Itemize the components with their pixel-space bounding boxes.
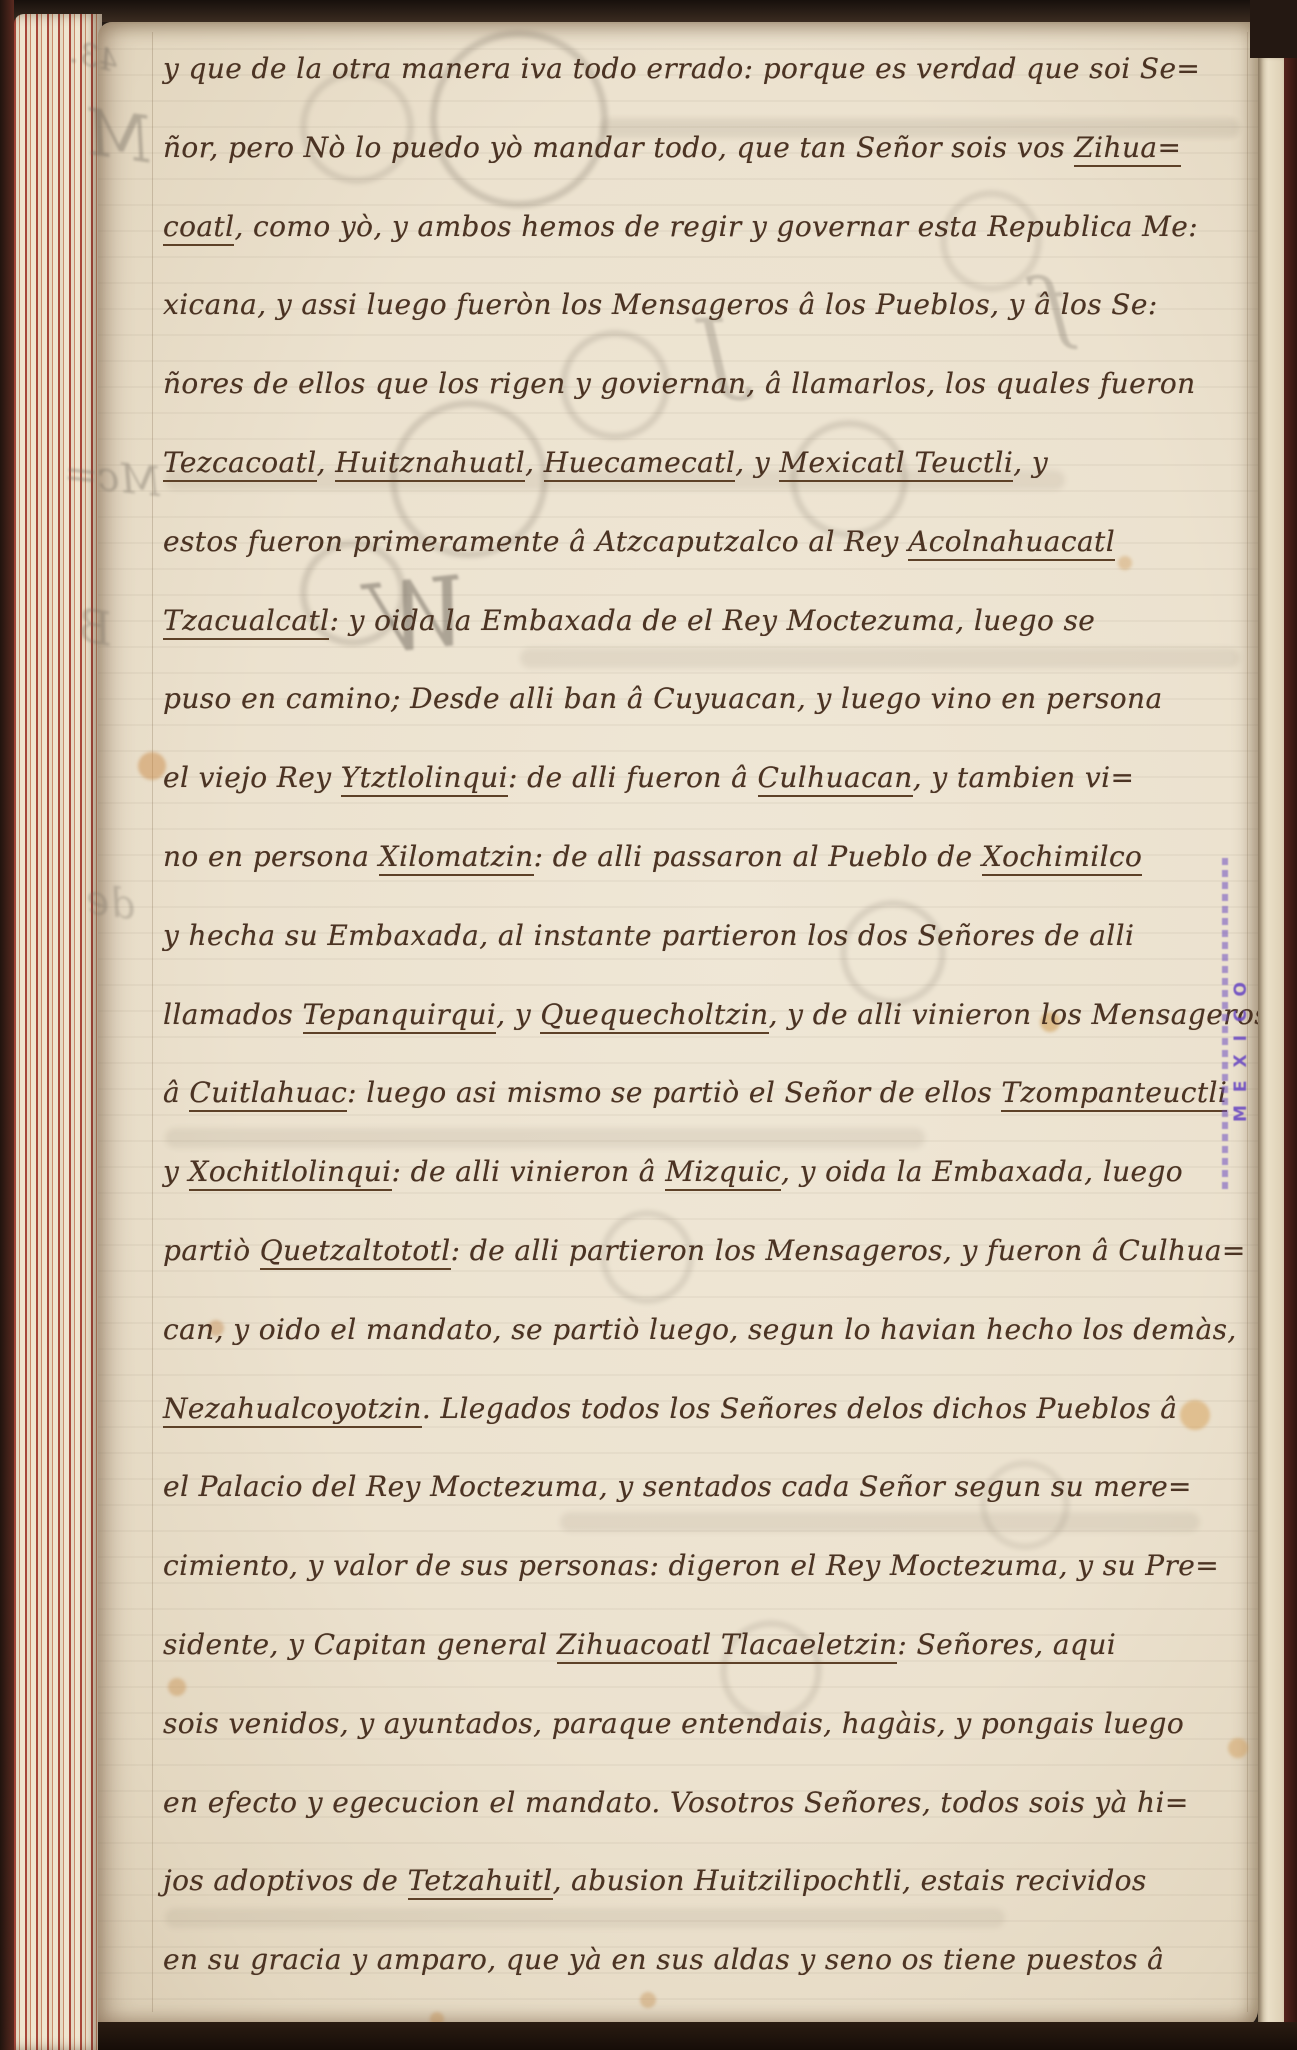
line-text: y [163, 1155, 189, 1188]
manuscript-line: y Xochitlolinqui: de alli vinieron â Miz… [163, 1143, 1248, 1201]
manuscript-line: can, y oido el mandato, se partiò luego,… [163, 1301, 1248, 1359]
manuscript-line: no en persona Xilomatzin: de alli passar… [163, 828, 1248, 886]
manuscript-line: Tezcacoatl, Huitznahuatl, Huecamecatl, y… [163, 434, 1248, 492]
line-text: : y oida la Embaxada de el Rey Moctezuma… [329, 604, 1095, 637]
underlined-name: Mexicatl Teuctli [779, 446, 1013, 482]
manuscript-line: y que de la otra manera iva todo errado:… [163, 40, 1248, 98]
manuscript-line: jos adoptivos de Tetzahuitl, abusion Hui… [163, 1852, 1248, 1910]
next-leaf-edge-right [1258, 56, 1284, 2050]
underlined-name: Quequecholtzin [540, 998, 768, 1034]
line-text: ñores de ellos que los rigen y goviernan… [163, 367, 1196, 400]
line-text: y que de la otra manera iva todo errado:… [163, 52, 1200, 85]
manuscript-line: cimiento, y valor de sus personas: diger… [163, 1537, 1248, 1595]
line-text: partiò [163, 1234, 260, 1267]
manuscript-line: â Cuitlahuac: luego asi mismo se partiò … [163, 1064, 1248, 1122]
line-text: , y [1013, 446, 1048, 479]
underlined-name: Tzompanteuctli [1001, 1076, 1227, 1112]
line-text: â [163, 1076, 189, 1109]
manuscript-line: en efecto y egecucion el mandato. Vosotr… [163, 1774, 1248, 1832]
underlined-name: Xilomatzin [379, 840, 534, 876]
line-text: jos adoptivos de [163, 1864, 408, 1897]
line-text: sidente, y Capitan general [163, 1628, 557, 1661]
line-text: , [525, 446, 544, 479]
underlined-name: Xochimilco [982, 840, 1142, 876]
manuscript-photo: 43.MMc=BdeWfJ y que de la otra manera iv… [0, 0, 1297, 2050]
manuscript-line: Nezahualcoyotzin. Llegados todos los Señ… [163, 1380, 1248, 1438]
manuscript-line: en su gracia y amparo, que yà en sus ald… [163, 1931, 1248, 1989]
underlined-name: Tzacualcatl [163, 604, 329, 640]
line-text: xicana, y assi luego fueròn los Mensager… [163, 288, 1158, 321]
book-cover-right-edge [1284, 0, 1297, 2050]
underlined-name: Zihua= [1074, 131, 1181, 167]
underlined-name: Zihuacoatl Tlacaeletzin [557, 1628, 898, 1664]
manuscript-line: coatl, como yò, y ambos hemos de regir y… [163, 198, 1248, 256]
manuscript-line: partiò Quetzaltototl: de alli partieron … [163, 1222, 1248, 1280]
underlined-name: Tepanquirqui [303, 998, 497, 1034]
line-text: , y [496, 998, 540, 1031]
underlined-name: coatl [163, 210, 234, 246]
underlined-name: Ytztlolinqui [341, 761, 508, 797]
underlined-name: Quetzaltototl [260, 1234, 451, 1270]
underlined-name: Huitznahuatl [335, 446, 525, 482]
text-layer: y que de la otra manera iva todo errado:… [0, 0, 1297, 2050]
line-text: puso en camino; Desde alli ban â Cuyuaca… [163, 682, 1163, 715]
mexico-stamp: MEXICO [1231, 882, 1251, 1122]
underlined-name: Huecamecatl [544, 446, 736, 482]
underlined-name: Tezcacoatl [163, 446, 317, 482]
line-text: , y oida la Embaxada, luego [781, 1155, 1183, 1188]
underlined-name: Nezahualcoyotzin [163, 1392, 422, 1428]
line-text: el viejo Rey [163, 761, 341, 794]
line-text: , y tambien vi= [913, 761, 1135, 794]
manuscript-line: sidente, y Capitan general Zihuacoatl Tl… [163, 1616, 1248, 1674]
manuscript-line: y hecha su Embaxada, al instante partier… [163, 907, 1248, 965]
manuscript-line: ñores de ellos que los rigen y goviernan… [163, 355, 1248, 413]
line-text: el Palacio del Rey Moctezuma, y sentados… [163, 1470, 1192, 1503]
manuscript-line: el Palacio del Rey Moctezuma, y sentados… [163, 1458, 1248, 1516]
line-text: . Llegados todos los Señores delos dicho… [422, 1392, 1178, 1425]
manuscript-line: el viejo Rey Ytztlolinqui: de alli fuero… [163, 749, 1248, 807]
line-text: estos fueron primeramente â Atzcaputzalc… [163, 525, 908, 558]
line-text: en su gracia y amparo, que yà en sus ald… [163, 1943, 1164, 1976]
line-text: : Señores, aqui [897, 1628, 1116, 1661]
line-text: , [317, 446, 336, 479]
manuscript-line: puso en camino; Desde alli ban â Cuyuaca… [163, 670, 1248, 728]
line-text: , y de alli vinieron los Mensageros [769, 998, 1269, 1031]
line-text: sois venidos, y ayuntados, paraque enten… [163, 1707, 1184, 1740]
manuscript-line: xicana, y assi luego fueròn los Mensager… [163, 276, 1248, 334]
line-text: no en persona [163, 840, 379, 873]
underlined-name: Xochitlolinqui [189, 1155, 392, 1191]
manuscript-line: ñor, pero Nò lo puedo yò mandar todo, qu… [163, 119, 1248, 177]
underlined-name: Culhuacan [758, 761, 913, 797]
underlined-name: Acolnahuacatl [908, 525, 1115, 561]
manuscript-line: Tzacualcatl: y oida la Embaxada de el Re… [163, 592, 1248, 650]
line-text: : de alli partieron los Mensageros, y fu… [451, 1234, 1246, 1267]
manuscript-line: estos fueron primeramente â Atzcaputzalc… [163, 513, 1248, 571]
line-text: , como yò, y ambos hemos de regir y gove… [234, 210, 1198, 243]
line-text: can, y oido el mandato, se partiò luego,… [163, 1313, 1237, 1346]
line-text: : luego asi mismo se partiò el Señor de … [347, 1076, 1001, 1109]
top-right-cover-corner [1250, 0, 1297, 58]
line-text: llamados [163, 998, 303, 1031]
line-text: cimiento, y valor de sus personas: diger… [163, 1549, 1219, 1582]
line-text: y hecha su Embaxada, al instante partier… [163, 919, 1134, 952]
manuscript-line: llamados Tepanquirqui, y Quequecholtzin,… [163, 986, 1248, 1044]
bottom-shadow [98, 2022, 1297, 2050]
manuscript-line: sois venidos, y ayuntados, paraque enten… [163, 1695, 1248, 1753]
stamp-secondary-marks [1222, 858, 1228, 1194]
line-text: , abusion Huitzilipochtli, estais recivi… [553, 1864, 1147, 1897]
line-text: en efecto y egecucion el mandato. Vosotr… [163, 1786, 1189, 1819]
line-text: : de alli fueron â [508, 761, 758, 794]
line-text: : de alli passaron al Pueblo de [534, 840, 982, 873]
underlined-name: Cuitlahuac [189, 1076, 347, 1112]
line-text: , y [735, 446, 779, 479]
underlined-name: Tetzahuitl [408, 1864, 553, 1900]
underlined-name: Mizquic [665, 1155, 781, 1191]
line-text: ñor, pero Nò lo puedo yò mandar todo, qu… [163, 131, 1074, 164]
line-text: : de alli vinieron â [392, 1155, 666, 1188]
